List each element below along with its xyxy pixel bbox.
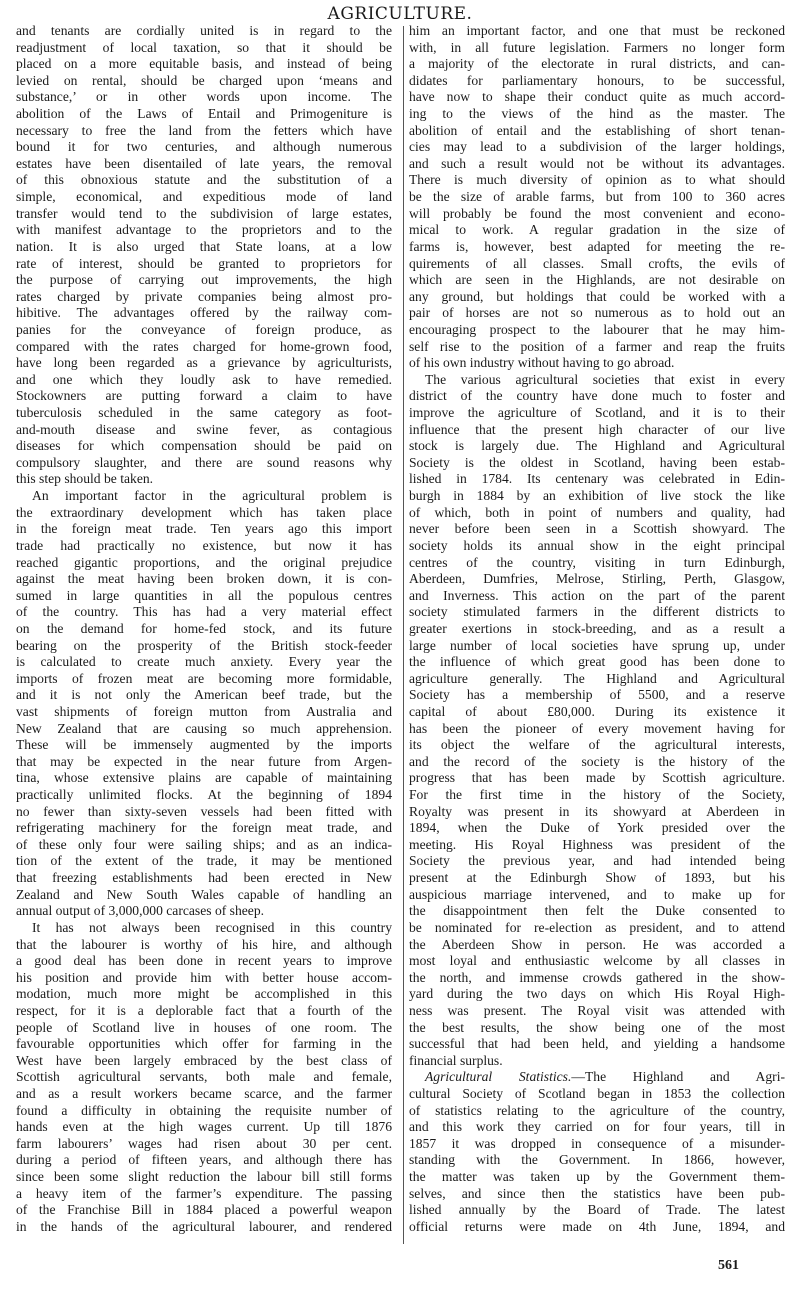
text-line: Zealand and New South Wales capable of h… bbox=[16, 887, 392, 904]
right-column: him an important factor, and one that mu… bbox=[409, 23, 785, 1235]
text-line: Royalty was present in its showyard at A… bbox=[409, 804, 785, 821]
text-line: standing with the Government. In 1866, h… bbox=[409, 1152, 785, 1169]
text-line: a good deal has been done in recent year… bbox=[16, 953, 392, 970]
text-line: that freezing establishments had been er… bbox=[16, 870, 392, 887]
text-line: tina, whose extensive plains are capable… bbox=[16, 770, 392, 787]
text-line: burgh in 1884 by an exhibition of live s… bbox=[409, 488, 785, 505]
text-line: necessary to free the land from the fett… bbox=[16, 123, 392, 140]
text-line: the matter was taken up by the Governmen… bbox=[409, 1169, 785, 1186]
text-line: society stimulated farmers in the differ… bbox=[409, 604, 785, 621]
text-line: mical to work. A regular gradation in th… bbox=[409, 222, 785, 239]
text-run: —The Highland and Agri- bbox=[571, 1069, 785, 1084]
text-line: There is much diversity of opinion as to… bbox=[409, 172, 785, 189]
text-line: quirements of all classes. Small crofts,… bbox=[409, 256, 785, 273]
text-line: 1857 it was dropped in consequence of a … bbox=[409, 1136, 785, 1153]
text-line: and-mouth disease and swine fever, as co… bbox=[16, 422, 392, 439]
text-line: didates for parliamentary honours, to be… bbox=[409, 73, 785, 90]
text-line: modation, much more might be accomplishe… bbox=[16, 986, 392, 1003]
text-line: reached gigantic proportions, and the or… bbox=[16, 555, 392, 572]
text-line: An important factor in the agricultural … bbox=[16, 488, 392, 505]
text-line: in the hands of the agricultural laboure… bbox=[16, 1219, 392, 1236]
text-line: found a difficulty in obtaining the requ… bbox=[16, 1103, 392, 1120]
text-line: the north, and immense crowds gathered i… bbox=[409, 970, 785, 987]
text-line: will probably be found the most convenie… bbox=[409, 206, 785, 223]
text-line: pair of horses are not so numerous as to… bbox=[409, 305, 785, 322]
text-line: with, in all future legislation. Farmers… bbox=[409, 40, 785, 57]
text-line: panies for the conveyance of foreign pro… bbox=[16, 322, 392, 339]
text-line: Society the previous year, and had inten… bbox=[409, 853, 785, 870]
text-line: abolition of entail and the establishing… bbox=[409, 123, 785, 140]
text-line: is calculated to create much anxiety. Ev… bbox=[16, 654, 392, 671]
running-header-title: AGRICULTURE. bbox=[0, 3, 800, 25]
text-line: any ground, but holdings that could be w… bbox=[409, 289, 785, 306]
text-line: be nominated for re-election as presiden… bbox=[409, 920, 785, 937]
text-line: the influence of which great good has be… bbox=[409, 654, 785, 671]
text-line: has been the pioneer of every movement h… bbox=[409, 721, 785, 738]
text-line: yard during the two days on which His Ro… bbox=[409, 986, 785, 1003]
text-line: no fewer than sixty-seven vessels had be… bbox=[16, 804, 392, 821]
text-line: and one which they loudly ask to have re… bbox=[16, 372, 392, 389]
text-line: his position and provide him with better… bbox=[16, 970, 392, 987]
column-divider bbox=[403, 26, 404, 1244]
text-line: a majority of the electorate in rural di… bbox=[409, 56, 785, 73]
text-line: this step should be taken. bbox=[16, 471, 392, 488]
paragraph: An important factor in the agricultural … bbox=[16, 488, 392, 920]
text-line: capital of about £80,000. During its exi… bbox=[409, 704, 785, 721]
text-line: cies may lead to a subdivision of the la… bbox=[409, 139, 785, 156]
text-line: selves, and since then the statistics ha… bbox=[409, 1186, 785, 1203]
text-line: abolition of the Laws of Entail and Prim… bbox=[16, 106, 392, 123]
text-line: centres of the country, visiting in turn… bbox=[409, 555, 785, 572]
text-line: large number of local societies have spr… bbox=[409, 638, 785, 655]
text-line: Society has a membership of 5500, and a … bbox=[409, 687, 785, 704]
text-line: respect, for it is a deplorable fact tha… bbox=[16, 1003, 392, 1020]
text-line: levied on rental, should be charged upon… bbox=[16, 73, 392, 90]
text-line: the best results, the show being one of … bbox=[409, 1020, 785, 1037]
text-line: the purpose of carrying out improvements… bbox=[16, 272, 392, 289]
text-line: successful that had been held, and yield… bbox=[409, 1036, 785, 1053]
text-line: cultural Society of Scotland began in 18… bbox=[409, 1086, 785, 1103]
text-line: compared with the rates charged for home… bbox=[16, 339, 392, 356]
text-line: present at the Edinburgh Show of 1893, b… bbox=[409, 870, 785, 887]
text-line: the disappointment then felt the Duke co… bbox=[409, 903, 785, 920]
text-line: influence that the present high characte… bbox=[409, 422, 785, 439]
text-line: official returns were made on 4th June, … bbox=[409, 1219, 785, 1236]
text-line: transfer would tend to the subdivision o… bbox=[16, 206, 392, 223]
text-line: Aberdeen, Dumfries, Melrose, Stirling, P… bbox=[409, 571, 785, 588]
text-line: of the Franchise Bill in 1884 placed a p… bbox=[16, 1202, 392, 1219]
text-line: rates charged by private companies being… bbox=[16, 289, 392, 306]
paragraph: him an important factor, and one that mu… bbox=[409, 23, 785, 372]
text-line: imports of frozen meat are becoming more… bbox=[16, 671, 392, 688]
text-line: ness was present. The Royal visit was at… bbox=[409, 1003, 785, 1020]
paragraph: and tenants are cordially united is in r… bbox=[16, 23, 392, 488]
text-line: trade had practically no existence, but … bbox=[16, 538, 392, 555]
text-line: bearing on the prosperity of the British… bbox=[16, 638, 392, 655]
section-run-in-heading: Agricultural Statistics. bbox=[425, 1069, 571, 1084]
text-line: substance,’ or in other words upon incom… bbox=[16, 89, 392, 106]
text-line: be the size of arable farms, but from 10… bbox=[409, 189, 785, 206]
text-line: and tenants are cordially united is in r… bbox=[16, 23, 392, 40]
text-line: compulsory slaughter, and there are soun… bbox=[16, 455, 392, 472]
text-line: placed on a more equitable basis, and in… bbox=[16, 56, 392, 73]
text-line: since been some slight reduction the lab… bbox=[16, 1169, 392, 1186]
text-line: the extraordinary development which has … bbox=[16, 505, 392, 522]
text-line: and the record of the society is the his… bbox=[409, 754, 785, 771]
text-line: auspicious marriage intervened, and to m… bbox=[409, 887, 785, 904]
text-line: and as a result workers became scarce, a… bbox=[16, 1086, 392, 1103]
text-line: vast shipments of foreign mutton from Au… bbox=[16, 704, 392, 721]
text-line: him an important factor, and one that mu… bbox=[409, 23, 785, 40]
text-line: annual output of 3,000,000 carcases of s… bbox=[16, 903, 392, 920]
text-line: lished in 1784. Its centenary was celebr… bbox=[409, 471, 785, 488]
text-line: New Zealand that are causing so much app… bbox=[16, 721, 392, 738]
text-line: most loyal and enthusiastic welcome by a… bbox=[409, 953, 785, 970]
text-line: district of the country have done much t… bbox=[409, 388, 785, 405]
text-line: that the labourer is worthy of his hire,… bbox=[16, 937, 392, 954]
text-line: self rise to the position of a farmer an… bbox=[409, 339, 785, 356]
text-line: readjustment of local taxation, so that … bbox=[16, 40, 392, 57]
text-line: of which, both in point of numbers and q… bbox=[409, 505, 785, 522]
text-line: have long been regarded as a grievance b… bbox=[16, 355, 392, 372]
text-line: the Aberdeen Show in person. He was acco… bbox=[409, 937, 785, 954]
text-line: that may be expected in the near future … bbox=[16, 754, 392, 771]
text-line: ing to the views of the hind as the mast… bbox=[409, 106, 785, 123]
text-line: rate of interest, should be granted to p… bbox=[16, 256, 392, 273]
text-line: farms is, however, best adapted for meet… bbox=[409, 239, 785, 256]
paragraph: Agricultural Statistics.—The Highland an… bbox=[409, 1069, 785, 1235]
text-line: in the foreign meat trade. Ten years ago… bbox=[16, 521, 392, 538]
left-column: and tenants are cordially united is in r… bbox=[16, 23, 392, 1235]
paragraph: It has not always been recognised in thi… bbox=[16, 920, 392, 1236]
text-line: tuberculosis scheduled in the same categ… bbox=[16, 405, 392, 422]
paragraph: The various agricultural societies that … bbox=[409, 372, 785, 1070]
text-line: It has not always been recognised in thi… bbox=[16, 920, 392, 937]
text-line: West have been largely embraced by the b… bbox=[16, 1053, 392, 1070]
text-line: during a period of fifteen years, and al… bbox=[16, 1152, 392, 1169]
text-line: Agricultural Statistics.—The Highland an… bbox=[409, 1069, 785, 1086]
text-line: a heavy item of the farmer’s expenditure… bbox=[16, 1186, 392, 1203]
text-line: agriculture generally. The Highland and … bbox=[409, 671, 785, 688]
text-line: hands even at the high wages current. Up… bbox=[16, 1119, 392, 1136]
text-line: its object the welfare of the agricultur… bbox=[409, 737, 785, 754]
text-line: estates have been disentailed of late ye… bbox=[16, 156, 392, 173]
text-line: lished annually by the Board of Trade. T… bbox=[409, 1202, 785, 1219]
text-line: and such a result would not be without i… bbox=[409, 156, 785, 173]
text-line: of this obnoxious statute and the substi… bbox=[16, 172, 392, 189]
text-line: Stockowners are putting forward a claim … bbox=[16, 388, 392, 405]
text-line: of the country. This has had a very mate… bbox=[16, 604, 392, 621]
text-line: tion of the extent of the trade, it may … bbox=[16, 853, 392, 870]
text-line: society holds its annual show in the eig… bbox=[409, 538, 785, 555]
text-line: farm labourers’ wages had risen about 30… bbox=[16, 1136, 392, 1153]
page-number: 561 bbox=[718, 1258, 739, 1274]
text-line: simple, economical, and expeditious mode… bbox=[16, 189, 392, 206]
text-line: meeting. His Royal Highness was presiden… bbox=[409, 837, 785, 854]
text-line: against the meat having been broken down… bbox=[16, 571, 392, 588]
text-line: Scottish agricultural servants, both mal… bbox=[16, 1069, 392, 1086]
text-line: people of Scotland live in houses of one… bbox=[16, 1020, 392, 1037]
text-line: on the demand for home-fed stock, and it… bbox=[16, 621, 392, 638]
text-line: progress that has been made by Scottish … bbox=[409, 770, 785, 787]
text-line: The various agricultural societies that … bbox=[409, 372, 785, 389]
text-line: of his own industry without having to go… bbox=[409, 355, 785, 372]
text-line: have now to shape their conduct quite as… bbox=[409, 89, 785, 106]
text-line: diseases for which compensation should b… bbox=[16, 438, 392, 455]
text-line: practically unlimited flocks. At the beg… bbox=[16, 787, 392, 804]
text-line: sumed in large quantities in all the pop… bbox=[16, 588, 392, 605]
text-line: of statistics relating to the agricultur… bbox=[409, 1103, 785, 1120]
text-line: of these only four were sailing ships; a… bbox=[16, 837, 392, 854]
text-line: encouraging prospect to the labourer tha… bbox=[409, 322, 785, 339]
text-line: 1894, when the Duke of York presided ove… bbox=[409, 820, 785, 837]
text-line: and Inverness. This action on the part o… bbox=[409, 588, 785, 605]
text-line: nation. It is also urged that State loan… bbox=[16, 239, 392, 256]
text-line: improve the agriculture of Scotland, and… bbox=[409, 405, 785, 422]
text-line: favourable opportunities which offer for… bbox=[16, 1036, 392, 1053]
text-line: hibitive. The advantages offered by the … bbox=[16, 305, 392, 322]
text-line: greater exertions in stock-breeding, and… bbox=[409, 621, 785, 638]
text-line: bound it for two centuries, and although… bbox=[16, 139, 392, 156]
text-line: These will be immensely augmented by the… bbox=[16, 737, 392, 754]
text-line: and it is not only the American beef tra… bbox=[16, 687, 392, 704]
text-line: Society is the oldest in Scotland, havin… bbox=[409, 455, 785, 472]
text-line: which are seen in the Highlands, are not… bbox=[409, 272, 785, 289]
text-line: financial surplus. bbox=[409, 1053, 785, 1070]
text-line: refrigerating machinery for the foreign … bbox=[16, 820, 392, 837]
text-line: and this work they carried on for four y… bbox=[409, 1119, 785, 1136]
text-line: never before been seen in a Scottish sho… bbox=[409, 521, 785, 538]
text-line: For the first time in the history of the… bbox=[409, 787, 785, 804]
text-line: stock is largely due. The Highland and A… bbox=[409, 438, 785, 455]
text-line: with manifest advantage to the proprieto… bbox=[16, 222, 392, 239]
